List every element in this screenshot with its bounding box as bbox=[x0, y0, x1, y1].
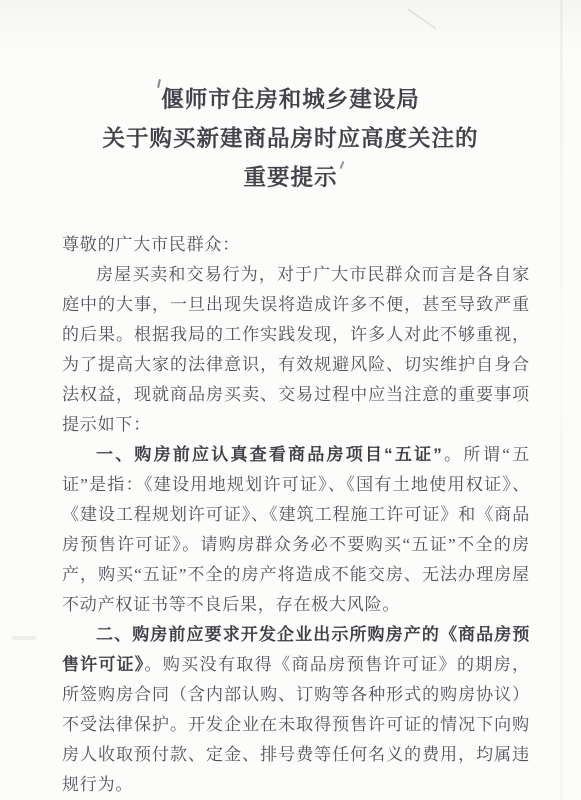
document-body: 尊敬的广大市民群众： 房屋买卖和交易行为，对于广大市民群众而言是各自家庭中的大事… bbox=[62, 230, 530, 800]
paragraph-item-1-lead: 一、购房前应认真查看商品房项目“五证” bbox=[96, 445, 442, 464]
scan-artifact-streak-top-right bbox=[408, 8, 437, 29]
title-line-notice: 重要提示 bbox=[0, 158, 581, 197]
paragraph-item-1: 一、购房前应认真查看商品房项目“五证”。所谓“五证”是指：《建设用地规划许可证》… bbox=[62, 440, 530, 620]
document-title: 偃师市住房和城乡建设局 关于购买新建商品房时应高度关注的 重要提示 bbox=[0, 80, 581, 197]
salutation: 尊敬的广大市民群众： bbox=[62, 230, 530, 260]
title-line-agency: 偃师市住房和城乡建设局 bbox=[0, 80, 581, 119]
scan-artifact-smudge-left bbox=[12, 636, 36, 640]
paragraph-intro: 房屋买卖和交易行为，对于广大市民群众而言是各自家庭中的大事，一旦出现失误将造成许… bbox=[62, 260, 530, 440]
paragraph-intro-text: 房屋买卖和交易行为，对于广大市民群众而言是各自家庭中的大事，一旦出现失误将造成许… bbox=[62, 265, 530, 434]
paragraph-item-1-text: 。所谓“五证”是指：《建设用地规划许可证》、《国有土地使用权证》、《建设工程规划… bbox=[62, 445, 530, 614]
title-line-subject: 关于购买新建商品房时应高度关注的 bbox=[0, 119, 581, 158]
paragraph-item-2-text: 。购买没有取得《商品房预售许可证》的期房，所签购房合同（含内部认购、订购等各种形… bbox=[62, 655, 530, 794]
document-page: 偃师市住房和城乡建设局 关于购买新建商品房时应高度关注的 重要提示 尊敬的广大市… bbox=[0, 0, 581, 800]
paragraph-item-2: 二、购房前应要求开发企业出示所购房产的《商品房预售许可证》。购买没有取得《商品房… bbox=[62, 620, 530, 800]
